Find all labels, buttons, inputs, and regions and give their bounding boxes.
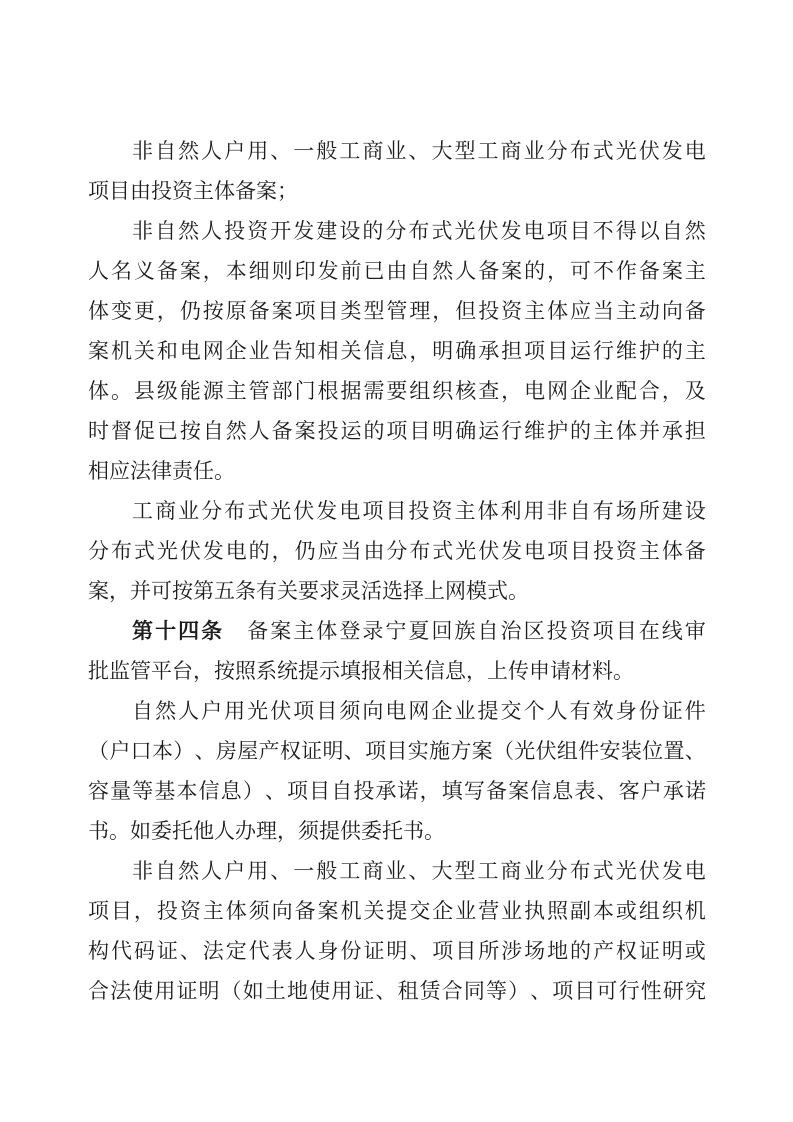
text-line: 项目由投资主体备案； bbox=[88, 172, 706, 212]
paragraph-6: 非自然人户用、一般工商业、大型工商业分布式光伏发电项目，投资主体须向备案机关提交… bbox=[88, 852, 706, 1012]
text-line: 非自然人投资开发建设的分布式光伏发电项目不得以自然 bbox=[88, 212, 706, 252]
text-line: 非自然人户用、一般工商业、大型工商业分布式光伏发电 bbox=[88, 132, 706, 172]
text-line: 相应法律责任。 bbox=[88, 452, 706, 492]
text-line: 第十四条备案主体登录宁夏回族自治区投资项目在线审 bbox=[88, 612, 706, 652]
text-block: 非自然人户用、一般工商业、大型工商业分布式光伏发电项目由投资主体备案；非自然人投… bbox=[88, 132, 706, 1012]
paragraph-2: 非自然人投资开发建设的分布式光伏发电项目不得以自然人名义备案，本细则印发前已由自… bbox=[88, 212, 706, 492]
text-line: 体。县级能源主管部门根据需要组织核查，电网企业配合，及 bbox=[88, 372, 706, 412]
document-page: 非自然人户用、一般工商业、大型工商业分布式光伏发电项目由投资主体备案；非自然人投… bbox=[0, 0, 793, 1122]
paragraph-1: 非自然人户用、一般工商业、大型工商业分布式光伏发电项目由投资主体备案； bbox=[88, 132, 706, 212]
text-line: 体变更，仍按原备案项目类型管理，但投资主体应当主动向备 bbox=[88, 292, 706, 332]
text-line: 时督促已按自然人备案投运的项目明确运行维护的主体并承担 bbox=[88, 412, 706, 452]
text-line: （户口本）、房屋产权证明、项目实施方案（光伏组件安装位置、 bbox=[88, 732, 706, 772]
text-line: 工商业分布式光伏发电项目投资主体利用非自有场所建设 bbox=[88, 492, 706, 532]
text-line: 合法使用证明（如土地使用证、租赁合同等）、项目可行性研究 bbox=[88, 972, 706, 1012]
text-line: 项目，投资主体须向备案机关提交企业营业执照副本或组织机 bbox=[88, 892, 706, 932]
text-line: 人名义备案，本细则印发前已由自然人备案的，可不作备案主 bbox=[88, 252, 706, 292]
text-line: 自然人户用光伏项目须向电网企业提交个人有效身份证件 bbox=[88, 692, 706, 732]
text-line: 书。如委托他人办理，须提供委托书。 bbox=[88, 812, 706, 852]
paragraph-4: 第十四条备案主体登录宁夏回族自治区投资项目在线审批监管平台，按照系统提示填报相关… bbox=[88, 612, 706, 692]
text-line: 案机关和电网企业告知相关信息，明确承担项目运行维护的主 bbox=[88, 332, 706, 372]
text-line: 容量等基本信息）、项目自投承诺，填写备案信息表、客户承诺 bbox=[88, 772, 706, 812]
text-line: 非自然人户用、一般工商业、大型工商业分布式光伏发电 bbox=[88, 852, 706, 892]
text-line: 批监管平台，按照系统提示填报相关信息，上传申请材料。 bbox=[88, 652, 706, 692]
text-line: 分布式光伏发电的，仍应当由分布式光伏发电项目投资主体备 bbox=[88, 532, 706, 572]
text-line: 构代码证、法定代表人身份证明、项目所涉场地的产权证明或 bbox=[88, 932, 706, 972]
paragraph-5: 自然人户用光伏项目须向电网企业提交个人有效身份证件（户口本）、房屋产权证明、项目… bbox=[88, 692, 706, 852]
text-line: 案，并可按第五条有关要求灵活选择上网模式。 bbox=[88, 572, 706, 612]
paragraph-3: 工商业分布式光伏发电项目投资主体利用非自有场所建设分布式光伏发电的，仍应当由分布… bbox=[88, 492, 706, 612]
